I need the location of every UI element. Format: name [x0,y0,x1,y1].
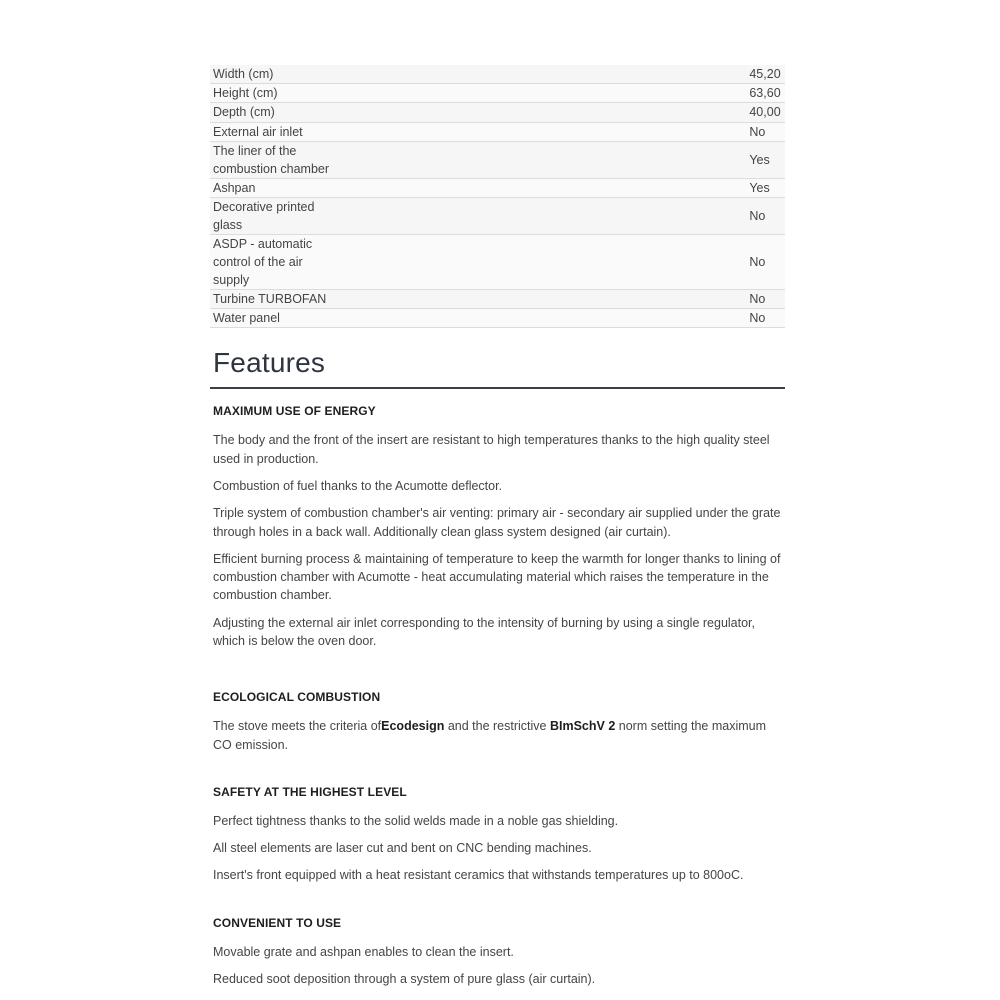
spec-value: No [331,234,785,289]
spec-label: ASDP - automatic control of the air supp… [210,234,331,289]
spec-value: No [331,197,785,234]
product-details: Width (cm) 45,20 Height (cm) 63,60 Depth… [210,65,785,988]
paragraph-text: and the restrictive [444,719,550,733]
spec-value: Yes [331,178,785,197]
features-heading: Features [213,346,785,380]
spec-label: Turbine TURBOFAN [210,289,331,308]
table-row: Ashpan Yes [210,178,785,197]
bimschv-emphasis: BImSchV 2 [550,719,615,733]
section-paragraph: Insert's front equipped with a heat resi… [213,866,783,884]
features-divider [210,387,785,389]
section-heading: CONVENIENT TO USE [213,915,785,931]
table-row: Height (cm) 63,60 [210,84,785,103]
spec-label: Decorative printed glass [210,197,331,234]
spec-label: Width (cm) [210,65,331,84]
spec-label: Depth (cm) [210,103,331,122]
spec-label: Water panel [210,309,331,328]
spec-value: 45,20 [331,65,785,84]
section-paragraph: Efficient burning process & maintaining … [213,550,783,605]
spec-value: 40,00 [331,103,785,122]
spec-label: The liner of the combustion chamber [210,141,331,178]
section-paragraph: Reduced soot deposition through a system… [213,970,783,988]
section-heading: MAXIMUM USE OF ENERGY [213,403,785,419]
spec-label: Ashpan [210,178,331,197]
spec-label: Height (cm) [210,84,331,103]
table-row: Water panel No [210,309,785,328]
table-row: Turbine TURBOFAN No [210,289,785,308]
section-paragraph: Combustion of fuel thanks to the Acumott… [213,477,783,495]
ecodesign-emphasis: Ecodesign [381,719,444,733]
spec-value: 63,60 [331,84,785,103]
paragraph-text: The stove meets the criteria of [213,719,381,733]
section-ecological-combustion: ECOLOGICAL COMBUSTION The stove meets th… [213,689,785,754]
section-convenient-to-use: CONVENIENT TO USE Movable grate and ashp… [213,915,785,989]
section-paragraph: The stove meets the criteria ofEcodesign… [213,717,783,754]
section-paragraph: The body and the front of the insert are… [213,431,783,468]
table-row: Depth (cm) 40,00 [210,103,785,122]
spec-value: Yes [331,141,785,178]
table-row: Width (cm) 45,20 [210,65,785,84]
section-paragraph: Triple system of combustion chamber's ai… [213,504,783,541]
section-paragraph: Adjusting the external air inlet corresp… [213,614,783,651]
spec-value: No [331,122,785,141]
spec-value: No [331,289,785,308]
table-row: Decorative printed glass No [210,197,785,234]
table-row: The liner of the combustion chamber Yes [210,141,785,178]
section-safety: SAFETY AT THE HIGHEST LEVEL Perfect tigh… [213,784,785,885]
section-paragraph: Movable grate and ashpan enables to clea… [213,943,783,961]
section-maximum-use-of-energy: MAXIMUM USE OF ENERGY The body and the f… [213,403,785,650]
section-paragraph: All steel elements are laser cut and ben… [213,839,783,857]
table-row: External air inlet No [210,122,785,141]
table-row: ASDP - automatic control of the air supp… [210,234,785,289]
section-paragraph: Perfect tightness thanks to the solid we… [213,812,783,830]
specifications-table: Width (cm) 45,20 Height (cm) 63,60 Depth… [210,65,785,328]
spec-label: External air inlet [210,122,331,141]
section-heading: SAFETY AT THE HIGHEST LEVEL [213,784,785,800]
section-heading: ECOLOGICAL COMBUSTION [213,689,785,705]
spec-value: No [331,309,785,328]
